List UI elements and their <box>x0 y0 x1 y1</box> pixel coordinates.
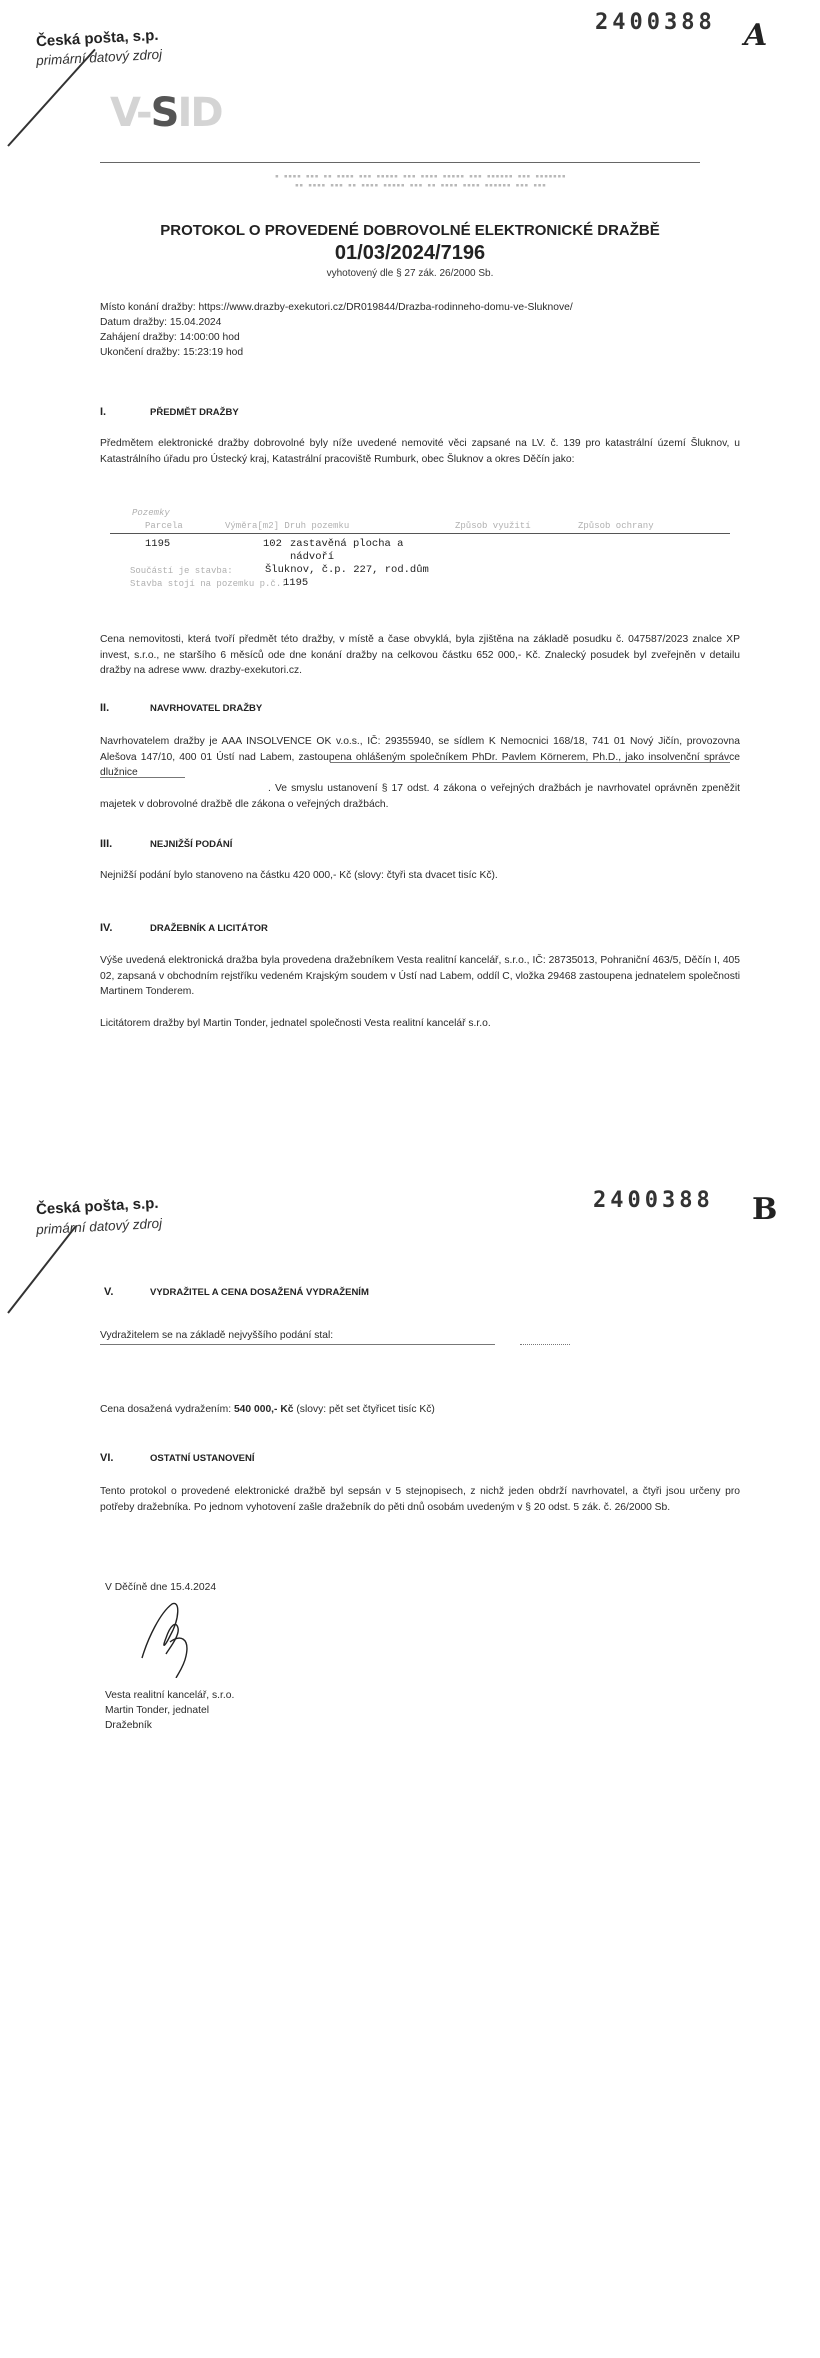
table-cell-type-2: nádvoří <box>290 551 334 563</box>
meta-end-label: Ukončení dražby: <box>100 347 180 358</box>
table-cell-area: 102 <box>263 538 282 550</box>
final-price-label: Cena dosažená vydražením: <box>100 1404 231 1415</box>
meta-start: Zahájení dražby: 14:00:00 hod <box>100 330 750 345</box>
section-1-title: PŘEDMĚT DRAŽBY <box>150 407 239 418</box>
final-price-value: 540 000,- Kč <box>234 1404 294 1415</box>
faint-header-text-2: ▪▪ ▪▪▪▪ ▪▪▪ ▪▪ ▪▪▪▪ ▪▪▪▪▪ ▪▪▪ ▪▪ ▪▪▪▪ ▪▪… <box>295 181 547 189</box>
meta-end: Ukončení dražby: 15:23:19 hod <box>100 345 750 360</box>
section-6-number: VI. <box>100 1452 113 1464</box>
section-6-text: Tento protokol o provedené elektronické … <box>100 1484 740 1515</box>
document-id: 01/03/2024/7196 <box>0 242 820 265</box>
redaction-underline-2 <box>100 777 185 778</box>
final-price: Cena dosažená vydražením: 540 000,- Kč (… <box>100 1402 435 1417</box>
section-2-text: Navrhovatelem dražby je AAA INSOLVENCE O… <box>100 734 740 781</box>
table-cell-parcel: 1195 <box>145 538 170 550</box>
faint-header-text: ▪ ▪▪▪▪ ▪▪▪ ▪▪ ▪▪▪▪ ▪▪▪ ▪▪▪▪▪ ▪▪▪ ▪▪▪▪ ▪▪… <box>275 172 566 180</box>
meta-location-label: Místo konání dražby: <box>100 302 196 313</box>
section-3-title: NEJNIŽŠÍ PODÁNÍ <box>150 839 232 850</box>
place-date: V Děčíně dne 15.4.2024 <box>105 1580 216 1595</box>
stands-on-value: 1195 <box>283 577 308 589</box>
signature-role: Dražebník <box>105 1718 234 1733</box>
auction-meta: Místo konání dražby: https://www.drazby-… <box>100 300 750 360</box>
meta-date-label: Datum dražby: <box>100 317 167 328</box>
section-5-title: VYDRAŽITEL A CENA DOSAŽENÁ VYDRAŽENÍM <box>150 1287 369 1298</box>
logo-text: V-SID <box>110 90 222 136</box>
logo-s: S <box>151 90 178 136</box>
section-4-title: DRAŽEBNÍK A LICITÁTOR <box>150 923 268 934</box>
table-header-usage: Způsob využití <box>455 521 531 531</box>
building-value: Šluknov, č.p. 227, rod.dům <box>265 564 429 576</box>
stamp-subtitle: primární datový zdroj <box>36 1216 163 1238</box>
meta-start-value: 14:00:00 hod <box>180 332 240 343</box>
stamp-organization: Česká pošta, s.p. <box>36 1195 159 1218</box>
table-header-protection: Způsob ochrany <box>578 521 654 531</box>
redaction-underline <box>330 762 730 763</box>
table-header-parcel: Parcela <box>145 521 183 531</box>
stands-on-label: Stavba stojí na pozemku p.č.: <box>130 579 287 589</box>
stamp-subtitle: primární datový zdroj <box>36 47 163 69</box>
section-4-text-2: Licitátorem dražby byl Martin Tonder, je… <box>100 1016 740 1032</box>
meta-location: Místo konání dražby: https://www.drazby-… <box>100 300 750 315</box>
section-2-number: II. <box>100 702 109 714</box>
section-4-text: Výše uvedená elektronická dražba byla pr… <box>100 953 740 1000</box>
table-cell-type: zastavěná plocha a <box>290 538 403 550</box>
company-logo: V-SID <box>110 90 222 136</box>
signature-block: Vesta realitní kancelář, s.r.o. Martin T… <box>105 1688 234 1733</box>
signature-company: Vesta realitní kancelář, s.r.o. <box>105 1688 234 1703</box>
section-3-number: III. <box>100 838 112 850</box>
section-2-title: NAVRHOVATEL DRAŽBY <box>150 703 262 714</box>
stamp-slash-line <box>7 1226 76 1314</box>
winner-redaction-line-2 <box>520 1344 570 1345</box>
document-title: PROTOKOL O PROVEDENÉ DOBROVOLNÉ ELEKTRON… <box>0 222 820 239</box>
table-group-label: Pozemky <box>132 508 170 518</box>
valuation-text: Cena nemovitosti, která tvoří předmět té… <box>100 632 740 679</box>
meta-date: Datum dražby: 15.04.2024 <box>100 315 750 330</box>
winner-redaction-line <box>100 1344 495 1345</box>
section-1-text: Předmětem elektronické dražby dobrovolné… <box>100 436 740 467</box>
document-number: 2400388 <box>593 1188 714 1213</box>
building-label: Součástí je stavba: <box>130 566 233 576</box>
signature-person: Martin Tonder, jednatel <box>105 1703 234 1718</box>
meta-date-value: 15.04.2024 <box>170 317 222 328</box>
meta-end-value: 15:23:19 hod <box>183 347 243 358</box>
stamp-organization: Česká pošta, s.p. <box>36 27 159 50</box>
table-header-rule <box>110 533 730 534</box>
winner-text: Vydražitelem se na základě nejvyššího po… <box>100 1328 333 1343</box>
header-rule <box>100 162 700 163</box>
document-number: 2400388 <box>595 10 716 35</box>
meta-location-url[interactable]: https://www.drazby-exekutori.cz/DR019844… <box>198 302 572 313</box>
section-2-text-2: . Ve smyslu ustanovení § 17 odst. 4 záko… <box>100 781 740 812</box>
section-3-text: Nejnižší podání bylo stanoveno na částku… <box>100 868 740 884</box>
section-4-number: IV. <box>100 922 112 934</box>
section-6-title: OSTATNÍ USTANOVENÍ <box>150 1453 255 1464</box>
meta-start-label: Zahájení dražby: <box>100 332 177 343</box>
document-letter: A <box>744 18 767 53</box>
table-header-area-type: Výměra[m2] Druh pozemku <box>225 521 349 531</box>
final-price-words: (slovy: pět set čtyřicet tisíc Kč) <box>296 1404 434 1415</box>
section-1-number: I. <box>100 406 106 418</box>
document-letter: B <box>752 1192 777 1227</box>
section-5-number: V. <box>104 1286 113 1298</box>
document-subtitle: vyhotovený dle § 27 zák. 26/2000 Sb. <box>0 268 820 279</box>
signature-icon <box>130 1598 210 1678</box>
